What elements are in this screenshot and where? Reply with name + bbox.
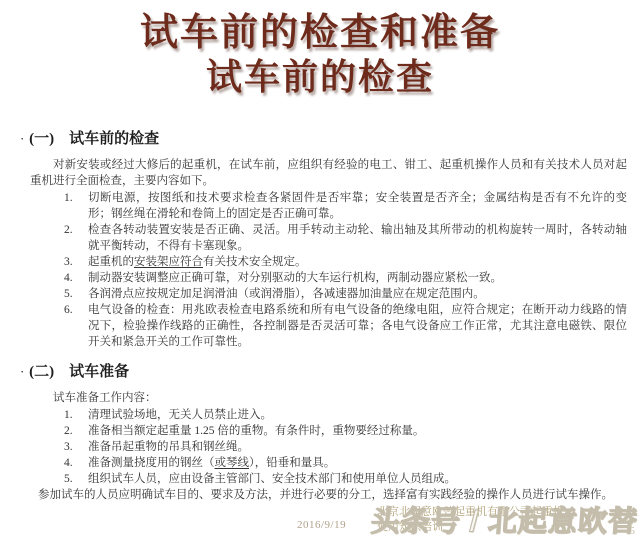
list-item: 4. 准备测量挠度用的钢丝（或琴线），铅垂和量具。 (64, 455, 627, 471)
section2-outro-paragraph: 参加试车的人员应明确试车目的、要求及方法，并进行必要的分工，选择富有实践经验的操… (30, 487, 627, 503)
list-item-text: 组织试车人员，应由设备主管部门、安全技术部门和使用单位人员组成。 (88, 471, 627, 487)
list-item: 2. 检查各转动装置安装是否正确、灵活。用手转动主动轮、输出轴及其所带动的机构旋… (64, 222, 627, 254)
slide-title-line2: 试车前的检查 (0, 56, 640, 98)
section2-list: 1. 清理试验场地，无关人员禁止进入。 2. 准备相当额定起重量 1.25 倍的… (64, 407, 627, 487)
page-number: 5 (630, 525, 636, 537)
list-item: 4. 制动器安装调整应正确可靠，对分别驱动的大车运行机构，两制动器应紧松一致。 (64, 270, 627, 286)
slide-title-line1: 试车前的检查和准备 (0, 10, 640, 56)
section1-intro-paragraph: 对新安装或经过大修后的起重机，在试车前，应组织有经验的电工、钳工、起重机操作人员… (30, 157, 627, 189)
list-item-text: 准备吊起重物的吊具和钢丝绳。 (88, 439, 627, 455)
list-item-text: 准备测量挠度用的钢丝（或琴线），铅垂和量具。 (88, 455, 627, 471)
section2-heading-label: (二) 试车准备 (29, 364, 129, 380)
list-item: 1. 切断电源，按图纸和技术要求检查各紧固件是否牢靠；安全装置是否齐全；金属结构… (64, 190, 627, 222)
footer-date: 2016/9/19 (297, 519, 346, 531)
footer-company: 北京北起意欧替起重机有限公司起重机 使用知识培训 (377, 505, 564, 535)
list-item: 5. 组织试车人员，应由设备主管部门、安全技术部门和使用单位人员组成。 (64, 471, 627, 487)
list-item-number: 1. (64, 190, 88, 222)
section1-list: 1. 切断电源，按图纸和技术要求检查各紧固件是否牢靠；安全装置是否齐全；金属结构… (64, 190, 627, 350)
list-item-text: 切断电源，按图纸和技术要求检查各紧固件是否牢靠；安全装置是否齐全；金属结构是否有… (88, 190, 627, 222)
list-item-number: 1. (64, 407, 88, 423)
list-item-text: 电气设备的检查：用兆欧表检查电路系统和所有电气设备的绝缘电阻，应符合规定；在断开… (88, 302, 627, 350)
list-item-number: 2. (64, 222, 88, 254)
list-item-number: 4. (64, 270, 88, 286)
footer-company-line2: 使用知识培训 (377, 520, 564, 535)
list-item-number: 2. (64, 423, 88, 439)
list-item-text: 起重机的安装架应符合有关技术安全规定。 (88, 254, 627, 270)
list-item-text: 准备相当额定起重量 1.25 倍的重物。有条件时，重物要经过称量。 (88, 423, 627, 439)
list-item: 2. 准备相当额定起重量 1.25 倍的重物。有条件时，重物要经过称量。 (64, 423, 627, 439)
list-item-text: 各润滑点应按规定加足润滑油（或润滑脂），各减速器加油量应在规定范围内。 (88, 286, 627, 302)
list-item-number: 3. (64, 439, 88, 455)
list-item-number: 5. (64, 471, 88, 487)
bullet-dot: · (20, 131, 24, 146)
section1-heading: · (一) 试车前的检查 (20, 130, 640, 148)
list-item: 6. 电气设备的检查：用兆欧表检查电路系统和所有电气设备的绝缘电阻，应符合规定；… (64, 302, 627, 350)
list-item: 5. 各润滑点应按规定加足润滑油（或润滑脂），各减速器加油量应在规定范围内。 (64, 286, 627, 302)
list-item-number: 4. (64, 455, 88, 471)
list-item-text: 制动器安装调整应正确可靠，对分别驱动的大车运行机构，两制动器应紧松一致。 (88, 270, 627, 286)
section2-intro-paragraph: 试车准备工作内容： (30, 390, 627, 406)
section2-heading: · (二) 试车准备 (20, 363, 640, 381)
list-item: 3. 起重机的安装架应符合有关技术安全规定。 (64, 254, 627, 270)
slide-title: 试车前的检查和准备 试车前的检查 (0, 0, 640, 98)
list-item: 1. 清理试验场地，无关人员禁止进入。 (64, 407, 627, 423)
list-item-text: 检查各转动装置安装是否正确、灵活。用手转动主动轮、输出轴及其所带动的机构旋转一周… (88, 222, 627, 254)
list-item-number: 6. (64, 302, 88, 350)
list-item-text: 清理试验场地，无关人员禁止进入。 (88, 407, 627, 423)
bullet-dot: · (20, 364, 24, 379)
list-item: 3. 准备吊起重物的吊具和钢丝绳。 (64, 439, 627, 455)
list-item-number: 5. (64, 286, 88, 302)
list-item-number: 3. (64, 254, 88, 270)
section1-heading-label: (一) 试车前的检查 (29, 131, 159, 147)
footer-company-line1: 北京北起意欧替起重机有限公司起重机 (377, 505, 564, 520)
presentation-slide: 试车前的检查和准备 试车前的检查 · (一) 试车前的检查 对新安装或经过大修后… (0, 0, 640, 544)
